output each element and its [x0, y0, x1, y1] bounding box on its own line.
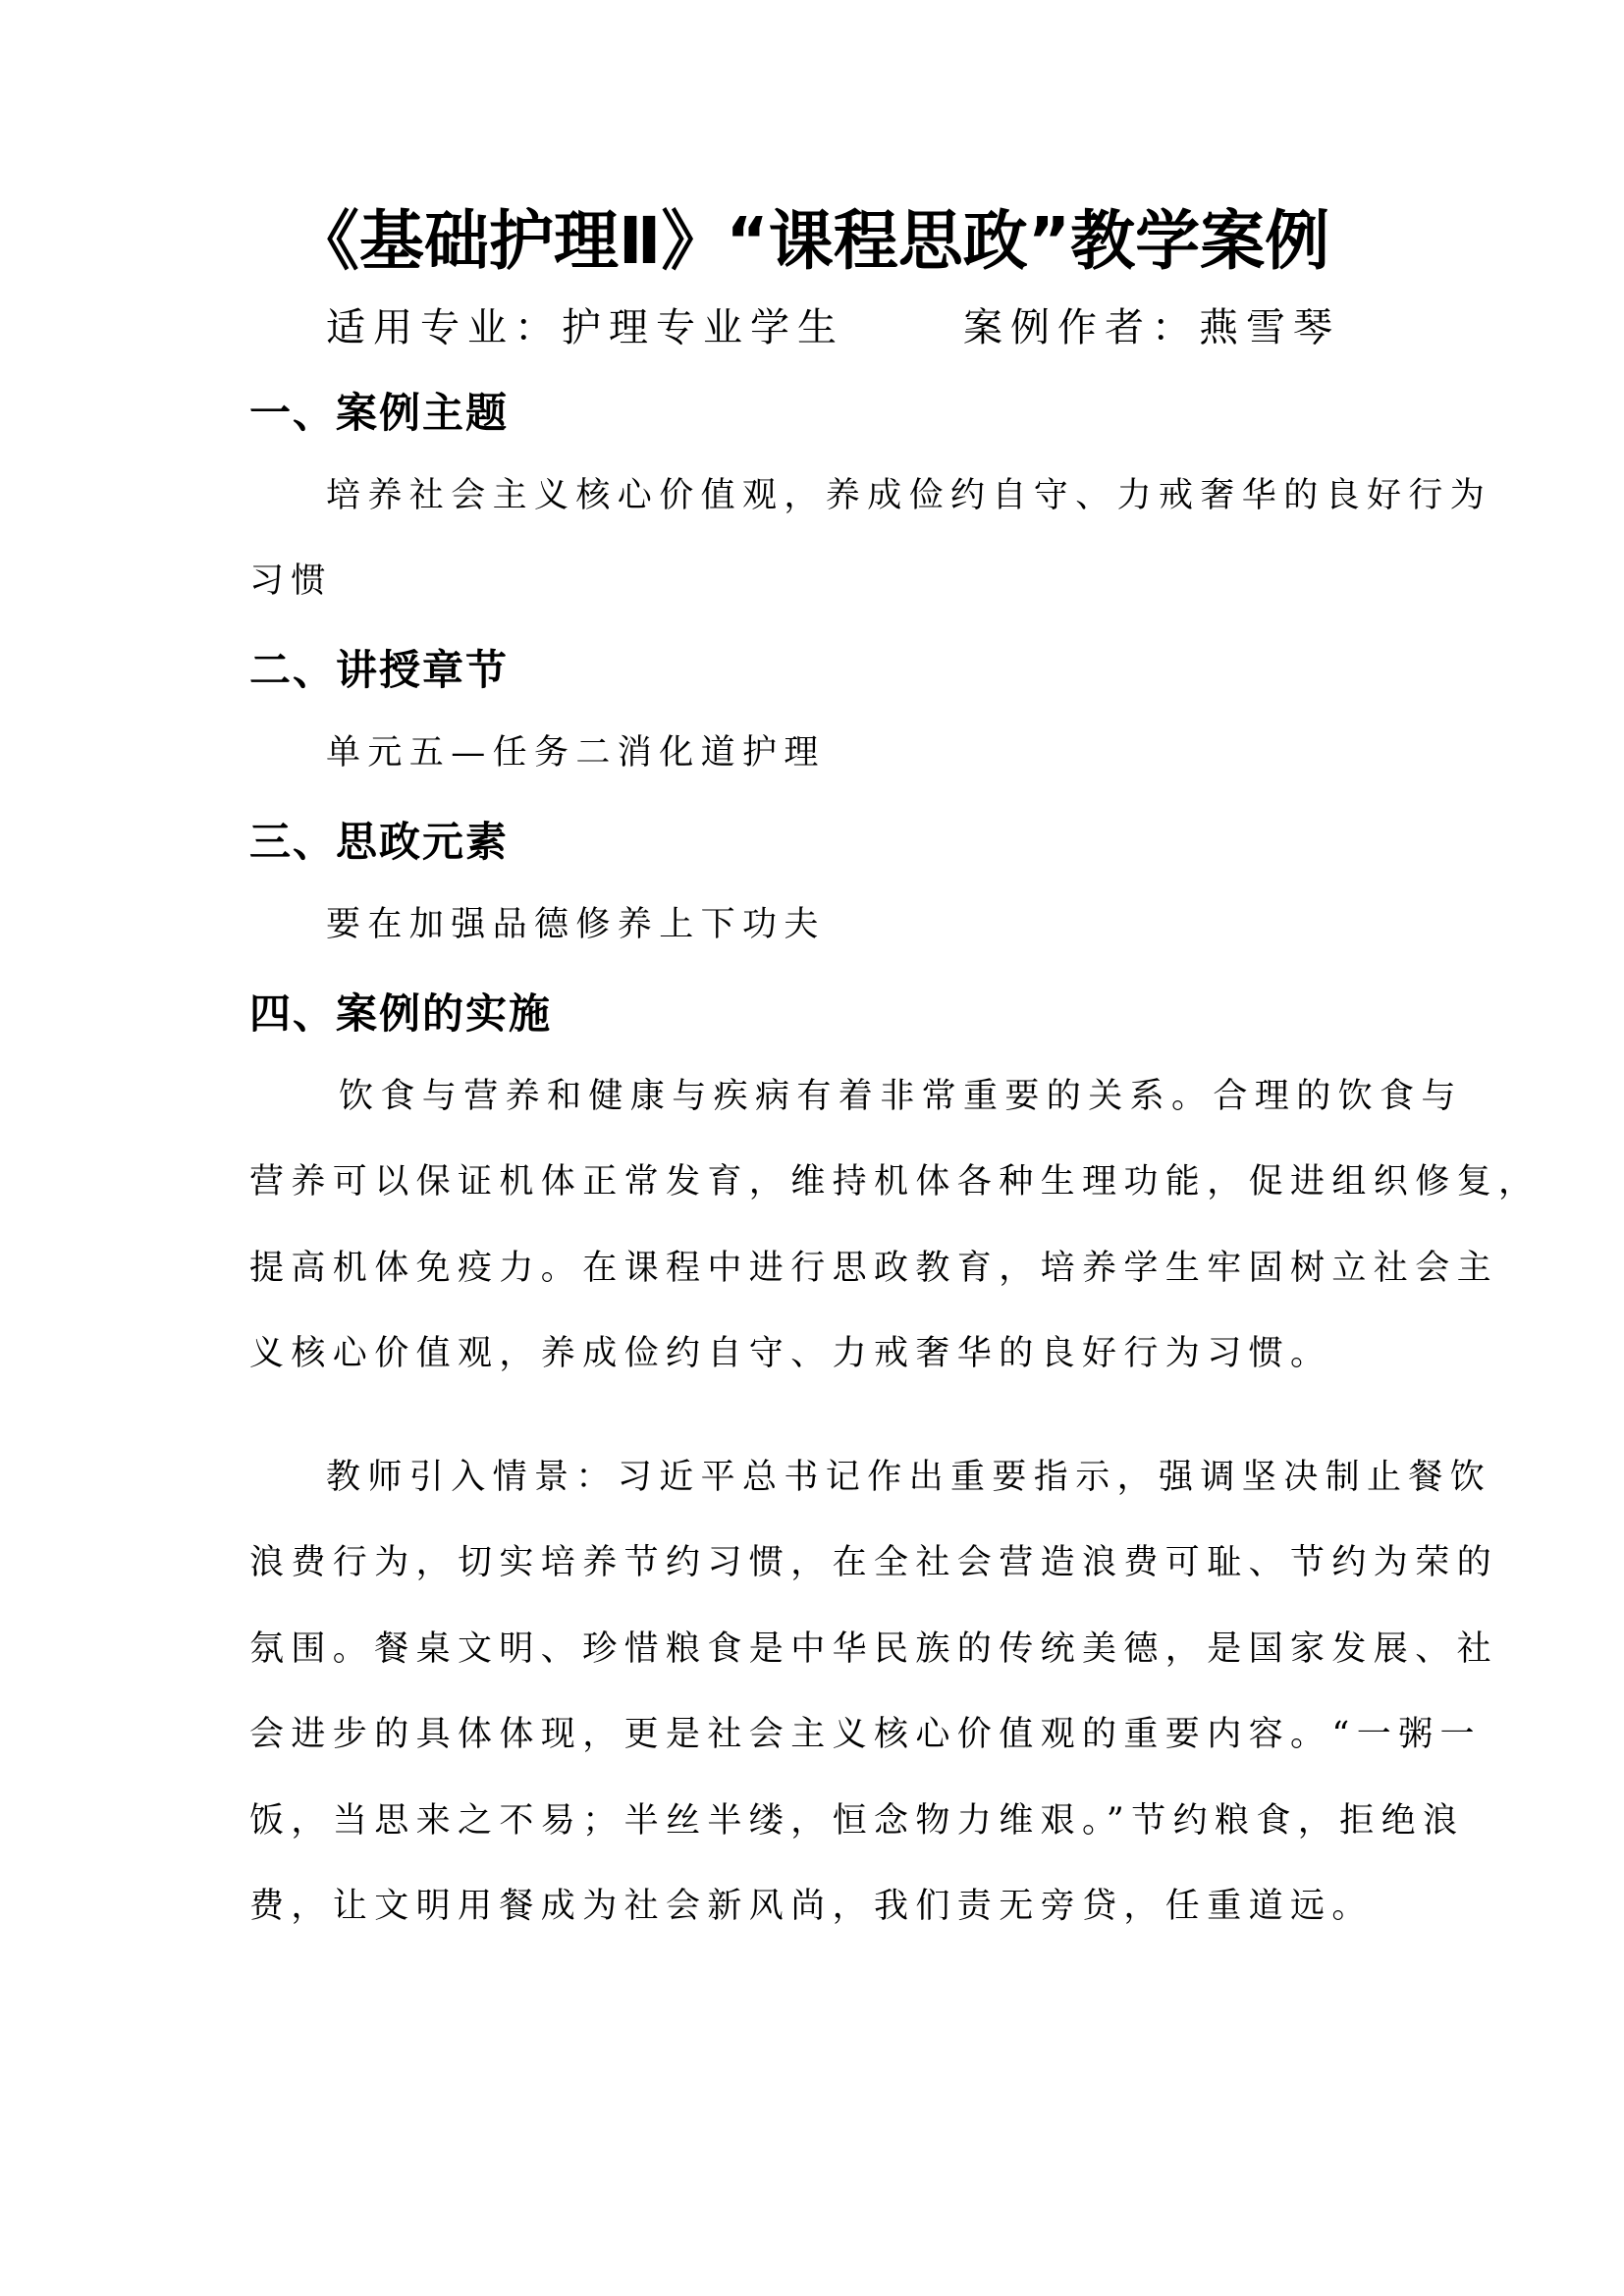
ideological-elements-text: 要在加强品德修养上下功夫 — [326, 908, 826, 942]
document-page: 《基础护理Ⅱ》“课程思政”教学案例 适用专业：护理专业学生 案例作者：燕雪琴 一… — [0, 0, 1624, 2296]
scenario-paragraph-line: 氛围。餐桌文明、珍惜粮食是中华民族的传统美德，是国家发展、社 — [249, 1632, 1498, 1667]
applicable-major: 适用专业：护理专业学生 — [326, 308, 844, 347]
section-heading-chapter: 二、讲授章节 — [249, 650, 509, 691]
implementation-paragraph-line: 提高机体免疫力。在课程中进行思政教育，培养学生牢固树立社会主 — [249, 1252, 1498, 1286]
implementation-paragraph-line: 义核心价值观，养成俭约自守、力戒奢华的良好行为习惯。 — [249, 1337, 1331, 1371]
scenario-paragraph-line: 教师引入情景：习近平总书记作出重要指示，强调坚决制止餐饮 — [326, 1461, 1491, 1495]
section-heading-case-theme: 一、案例主题 — [249, 393, 509, 434]
scenario-paragraph-line: 饭，当思来之不易；半丝半缕，恒念物力维艰。”节约粮食，拒绝浪 — [249, 1804, 1464, 1839]
case-theme-line: 习惯 — [249, 564, 333, 599]
scenario-paragraph-line: 会进步的具体体现，更是社会主义核心价值观的重要内容。“一粥一 — [249, 1718, 1482, 1752]
section-heading-ideological-elements: 三、思政元素 — [249, 822, 509, 863]
implementation-paragraph-line: 营养可以保证机体正常发育，维持机体各种生理功能，促进组织修复， — [249, 1165, 1540, 1200]
case-theme-line: 培养社会主义核心价值观，养成俭约自守、力戒奢华的良好行为 — [326, 479, 1491, 513]
scenario-paragraph-line: 浪费行为，切实培养节约习惯，在全社会营造浪费可耻、节约为荣的 — [249, 1546, 1498, 1580]
document-title: 《基础护理Ⅱ》“课程思政”教学案例 — [0, 209, 1624, 274]
scenario-paragraph-line: 费，让文明用餐成为社会新风尚，我们责无旁贷，任重道远。 — [249, 1890, 1374, 1924]
section-heading-implementation: 四、案例的实施 — [249, 993, 552, 1035]
case-author: 案例作者：燕雪琴 — [963, 308, 1340, 347]
implementation-paragraph-line: 饮食与营养和健康与疾病有着非常重要的关系。合理的饮食与 — [339, 1080, 1463, 1114]
chapter-text: 单元五—任务二消化道护理 — [326, 736, 826, 771]
